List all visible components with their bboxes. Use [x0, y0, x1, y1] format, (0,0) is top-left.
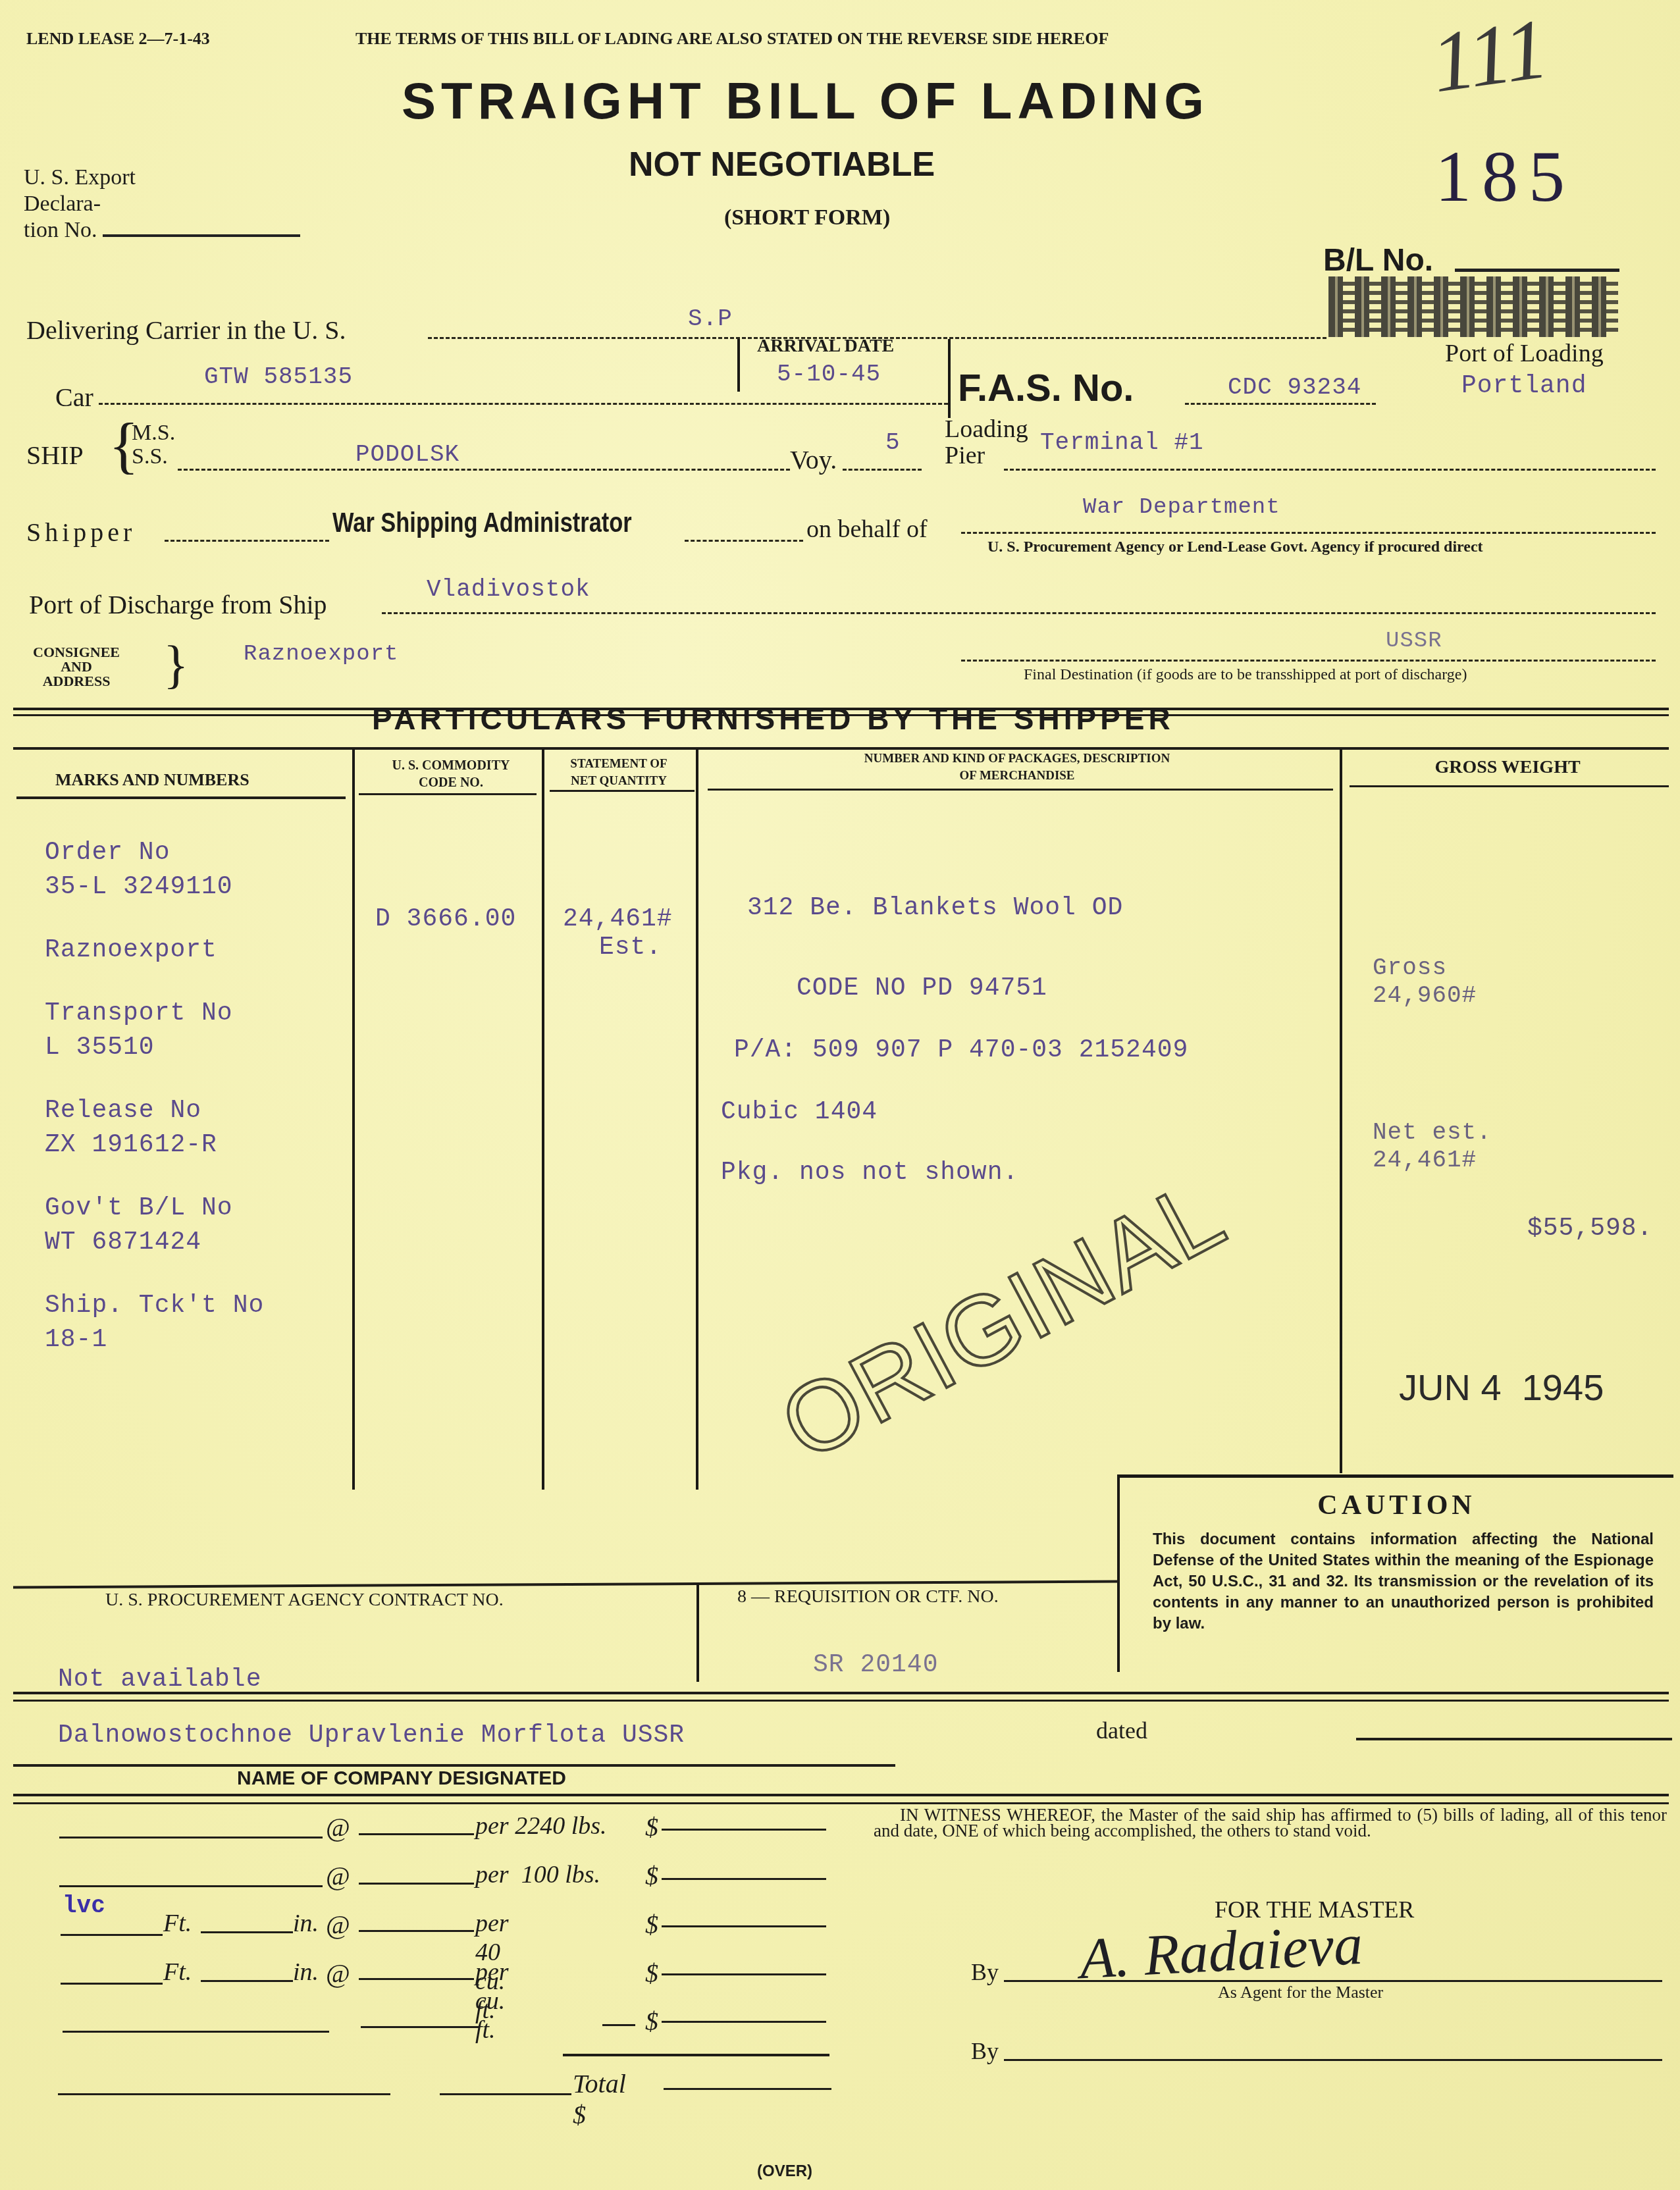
charge-row-3-ft-value[interactable]: [61, 1934, 163, 1936]
ship-name-value[interactable]: PODOLSK: [355, 441, 459, 468]
agent-caption: As Agent for the Master: [1218, 1983, 1383, 2002]
col-marks-rule: [16, 796, 346, 799]
signature-line-2[interactable]: [1004, 2059, 1662, 2061]
loading-pier-value[interactable]: Terminal #1: [1040, 429, 1204, 456]
bl-no-label: B/L No.: [1323, 242, 1433, 278]
shipper-field-line: [165, 540, 329, 542]
final-destination-field-line: [961, 660, 1656, 662]
contract-divider: [696, 1583, 699, 1682]
loading-pier-label: Loading Pier: [945, 416, 1028, 469]
consignee-brace: }: [163, 639, 188, 691]
port-of-discharge-value[interactable]: Vladivostok: [427, 576, 591, 603]
charge-row-2-amount[interactable]: [662, 1878, 826, 1880]
by-label-1: By: [971, 1958, 999, 1986]
arrival-date-value[interactable]: 5-10-45: [777, 361, 881, 388]
shipper-value[interactable]: War Shipping Administrator: [332, 507, 632, 538]
charge-row-5-rate[interactable]: [361, 2026, 479, 2028]
car-label: Car: [55, 382, 93, 413]
loading-pier-field-line: [1004, 469, 1656, 471]
date-stamp: JUN 4 1945: [1399, 1366, 1604, 1409]
charge-row-1-at: @: [326, 1812, 350, 1842]
document-subtitle: NOT NEGOTIABLE: [629, 145, 935, 184]
charge-row-4-ft-value[interactable]: [61, 1983, 163, 1985]
col-marks-header: MARKS AND NUMBERS: [55, 770, 249, 790]
charge-row-1-dollar: $: [645, 1812, 658, 1842]
port-of-loading-label: Port of Loading: [1445, 339, 1604, 368]
charge-row-4-in: in.: [293, 1958, 319, 1987]
final-destination-value[interactable]: USSR: [1386, 629, 1442, 654]
caution-title: CAUTION: [1120, 1490, 1673, 1521]
handwritten-mark: 111: [1425, 0, 1554, 113]
caution-box: CAUTION This document contains informati…: [1117, 1474, 1673, 1672]
voyage-label: Voy.: [790, 444, 837, 475]
by-label-2: By: [971, 2037, 999, 2065]
company-top-rule-1: [13, 1692, 1669, 1694]
charge-row-4-dollar: $: [645, 1958, 658, 1989]
commodity-code-value: D 3666.00: [375, 905, 516, 933]
charge-row-2-per: per 100 lbs.: [475, 1860, 600, 1889]
declared-value: $55,598.: [1527, 1214, 1652, 1243]
requisition-value[interactable]: SR 20140: [813, 1651, 938, 1679]
shipper-label: Shipper: [26, 517, 136, 548]
merchandise-description: 312 Be. Blankets Wool OD CODE NO PD 9475…: [721, 894, 1188, 1187]
charge-row-1-amount[interactable]: [662, 1829, 826, 1831]
original-stamp: ORIGINAL: [763, 1156, 1242, 1483]
on-behalf-value[interactable]: War Department: [1083, 495, 1280, 520]
charge-row-4-ft: Ft.: [163, 1958, 192, 1987]
voyage-field-line: [843, 469, 922, 471]
consignee-label: CONSIGNEE AND ADDRESS: [33, 645, 120, 689]
total-amount[interactable]: [664, 2088, 831, 2090]
company-designated-value[interactable]: Dalnowostochnoe Upravlenie Morflota USSR: [58, 1721, 685, 1750]
subtotal-rule: [563, 2054, 829, 2056]
charge-row-5-dollar: $: [645, 2006, 658, 2037]
charge-row-1-per: per 2240 lbs.: [475, 1812, 607, 1840]
on-behalf-label: on behalf of: [806, 515, 928, 544]
col-divider-1: [352, 749, 355, 1490]
form-type: (SHORT FORM): [724, 205, 890, 230]
charge-row-5-desc[interactable]: [63, 2031, 329, 2033]
arrival-date-divider-left: [737, 339, 740, 392]
charge-row-4-at: @: [326, 1958, 350, 1989]
company-top-rule-2: [13, 1700, 1669, 1702]
col-net-quantity-header: STATEMENT OFNET QUANTITY: [546, 756, 691, 790]
ship-label: SHIP: [26, 440, 84, 471]
net-est-block: Net est. 24,461#: [1373, 1119, 1492, 1174]
company-designated-label: NAME OF COMPANY DESIGNATED: [237, 1767, 566, 1790]
company-field-line: [13, 1764, 895, 1767]
requisition-label: 8 — REQUISITION OR CTF. NO.: [737, 1586, 999, 1607]
terms-notice: THE TERMS OF THIS BILL OF LADING ARE ALS…: [355, 29, 1109, 49]
charge-row-3-in: in.: [293, 1909, 319, 1938]
gross-weight-block: Gross 24,960#: [1373, 954, 1477, 1010]
charge-row-2-rate[interactable]: [359, 1883, 474, 1885]
marks-and-numbers: Order No 35-L 3249110 Raznoexport Transp…: [45, 836, 264, 1357]
ship-field-line: [178, 469, 790, 471]
dated-field[interactable]: [1356, 1738, 1672, 1740]
charges-note: lvc: [63, 1892, 105, 1919]
procurement-contract-label: U. S. PROCUREMENT AGENCY CONTRACT NO.: [105, 1590, 504, 1611]
charge-row-5-amount[interactable]: [662, 2021, 826, 2023]
total-rate[interactable]: [440, 2093, 571, 2095]
charge-row-3-amount[interactable]: [662, 1925, 826, 1927]
col-gross-weight-header: GROSS WEIGHT: [1343, 757, 1672, 778]
dated-label: dated: [1096, 1717, 1147, 1744]
fas-no-label: F.A.S. No.: [958, 366, 1134, 410]
document-title: STRAIGHT BILL OF LADING: [402, 71, 1209, 131]
bl-no-redaction: [1328, 276, 1618, 337]
car-value[interactable]: GTW 585135: [204, 363, 353, 390]
bl-no-field[interactable]: [1455, 269, 1619, 272]
col-divider-3: [696, 749, 698, 1490]
ship-type-labels: M.S. S.S.: [132, 421, 175, 469]
col-divider-4: [1340, 749, 1342, 1473]
procurement-contract-value[interactable]: Not available: [58, 1665, 261, 1694]
port-of-discharge-field-line: [382, 612, 1656, 614]
charge-row-1-qty[interactable]: [59, 1837, 323, 1838]
witness-text: IN WITNESS WHEREOF, the Master of the sa…: [874, 1807, 1667, 1838]
caution-text: This document contains information affec…: [1153, 1529, 1654, 1634]
fas-no-value[interactable]: CDC 93234: [1228, 374, 1361, 401]
on-behalf-field-line: [961, 532, 1656, 534]
form-code: LEND LEASE 2—7-1-43: [26, 29, 210, 49]
fas-no-field-line: [1185, 403, 1376, 405]
shipper-field-line-2: [685, 540, 803, 542]
net-quantity-value: 24,461#: [563, 905, 673, 933]
charge-row-2-qty[interactable]: [59, 1885, 323, 1887]
final-destination-caption: Final Destination (if goods are to be tr…: [1024, 666, 1467, 684]
charge-row-3-dollar: $: [645, 1909, 658, 1940]
charge-row-3-in-value[interactable]: [201, 1931, 293, 1933]
charge-row-3-rate[interactable]: [359, 1930, 474, 1932]
charge-row-4-per: per cu. ft.: [475, 1958, 509, 2045]
delivering-carrier-label: Delivering Carrier in the U. S.: [26, 315, 346, 346]
export-declaration-label: U. S. Export Declara- tion No.: [24, 165, 300, 244]
col-description-header: NUMBER AND KIND OF PACKAGES, DESCRIPTION…: [701, 750, 1333, 785]
charge-row-1-rate[interactable]: [359, 1833, 474, 1835]
total-label: Total $: [573, 2068, 626, 2130]
port-of-loading-value[interactable]: Portland: [1461, 372, 1587, 400]
charge-row-4-amount[interactable]: [662, 1973, 826, 1975]
car-field-line: [99, 403, 948, 405]
voyage-value[interactable]: 5: [885, 429, 901, 456]
particulars-heading: PARTICULARS FURNISHED BY THE SHIPPER: [372, 701, 1174, 737]
charge-row-3-at: @: [326, 1909, 350, 1940]
particulars-header-rule: [13, 747, 1669, 750]
charge-row-2-at: @: [326, 1860, 350, 1891]
col-commodity-header: U. S. COMMODITYCODE NO.: [359, 757, 543, 791]
arrival-date-label: ARRIVAL DATE: [757, 336, 894, 357]
charge-row-2-dollar: $: [645, 1860, 658, 1891]
charge-row-3-ft: Ft.: [163, 1909, 192, 1938]
over-note: (OVER): [757, 2162, 812, 2181]
total-desc[interactable]: [58, 2093, 390, 2095]
charges-top-rule-1: [13, 1794, 1669, 1796]
col-divider-2: [542, 749, 544, 1490]
net-quantity-note: Est.: [599, 933, 662, 962]
arrival-date-divider-right: [948, 339, 951, 418]
export-declaration-field[interactable]: [103, 221, 300, 237]
charges-top-rule-2: [13, 1802, 1669, 1804]
on-behalf-caption: U. S. Procurement Agency or Lend-Lease G…: [987, 538, 1483, 556]
port-of-discharge-label: Port of Discharge from Ship: [29, 589, 327, 620]
consignee-value[interactable]: Raznoexport: [244, 642, 398, 667]
charge-row-4-rate[interactable]: [359, 1978, 474, 1980]
document-number: 185: [1435, 135, 1575, 219]
charge-row-4-in-value[interactable]: [201, 1980, 293, 1982]
delivering-carrier-value[interactable]: S.P: [688, 305, 733, 332]
